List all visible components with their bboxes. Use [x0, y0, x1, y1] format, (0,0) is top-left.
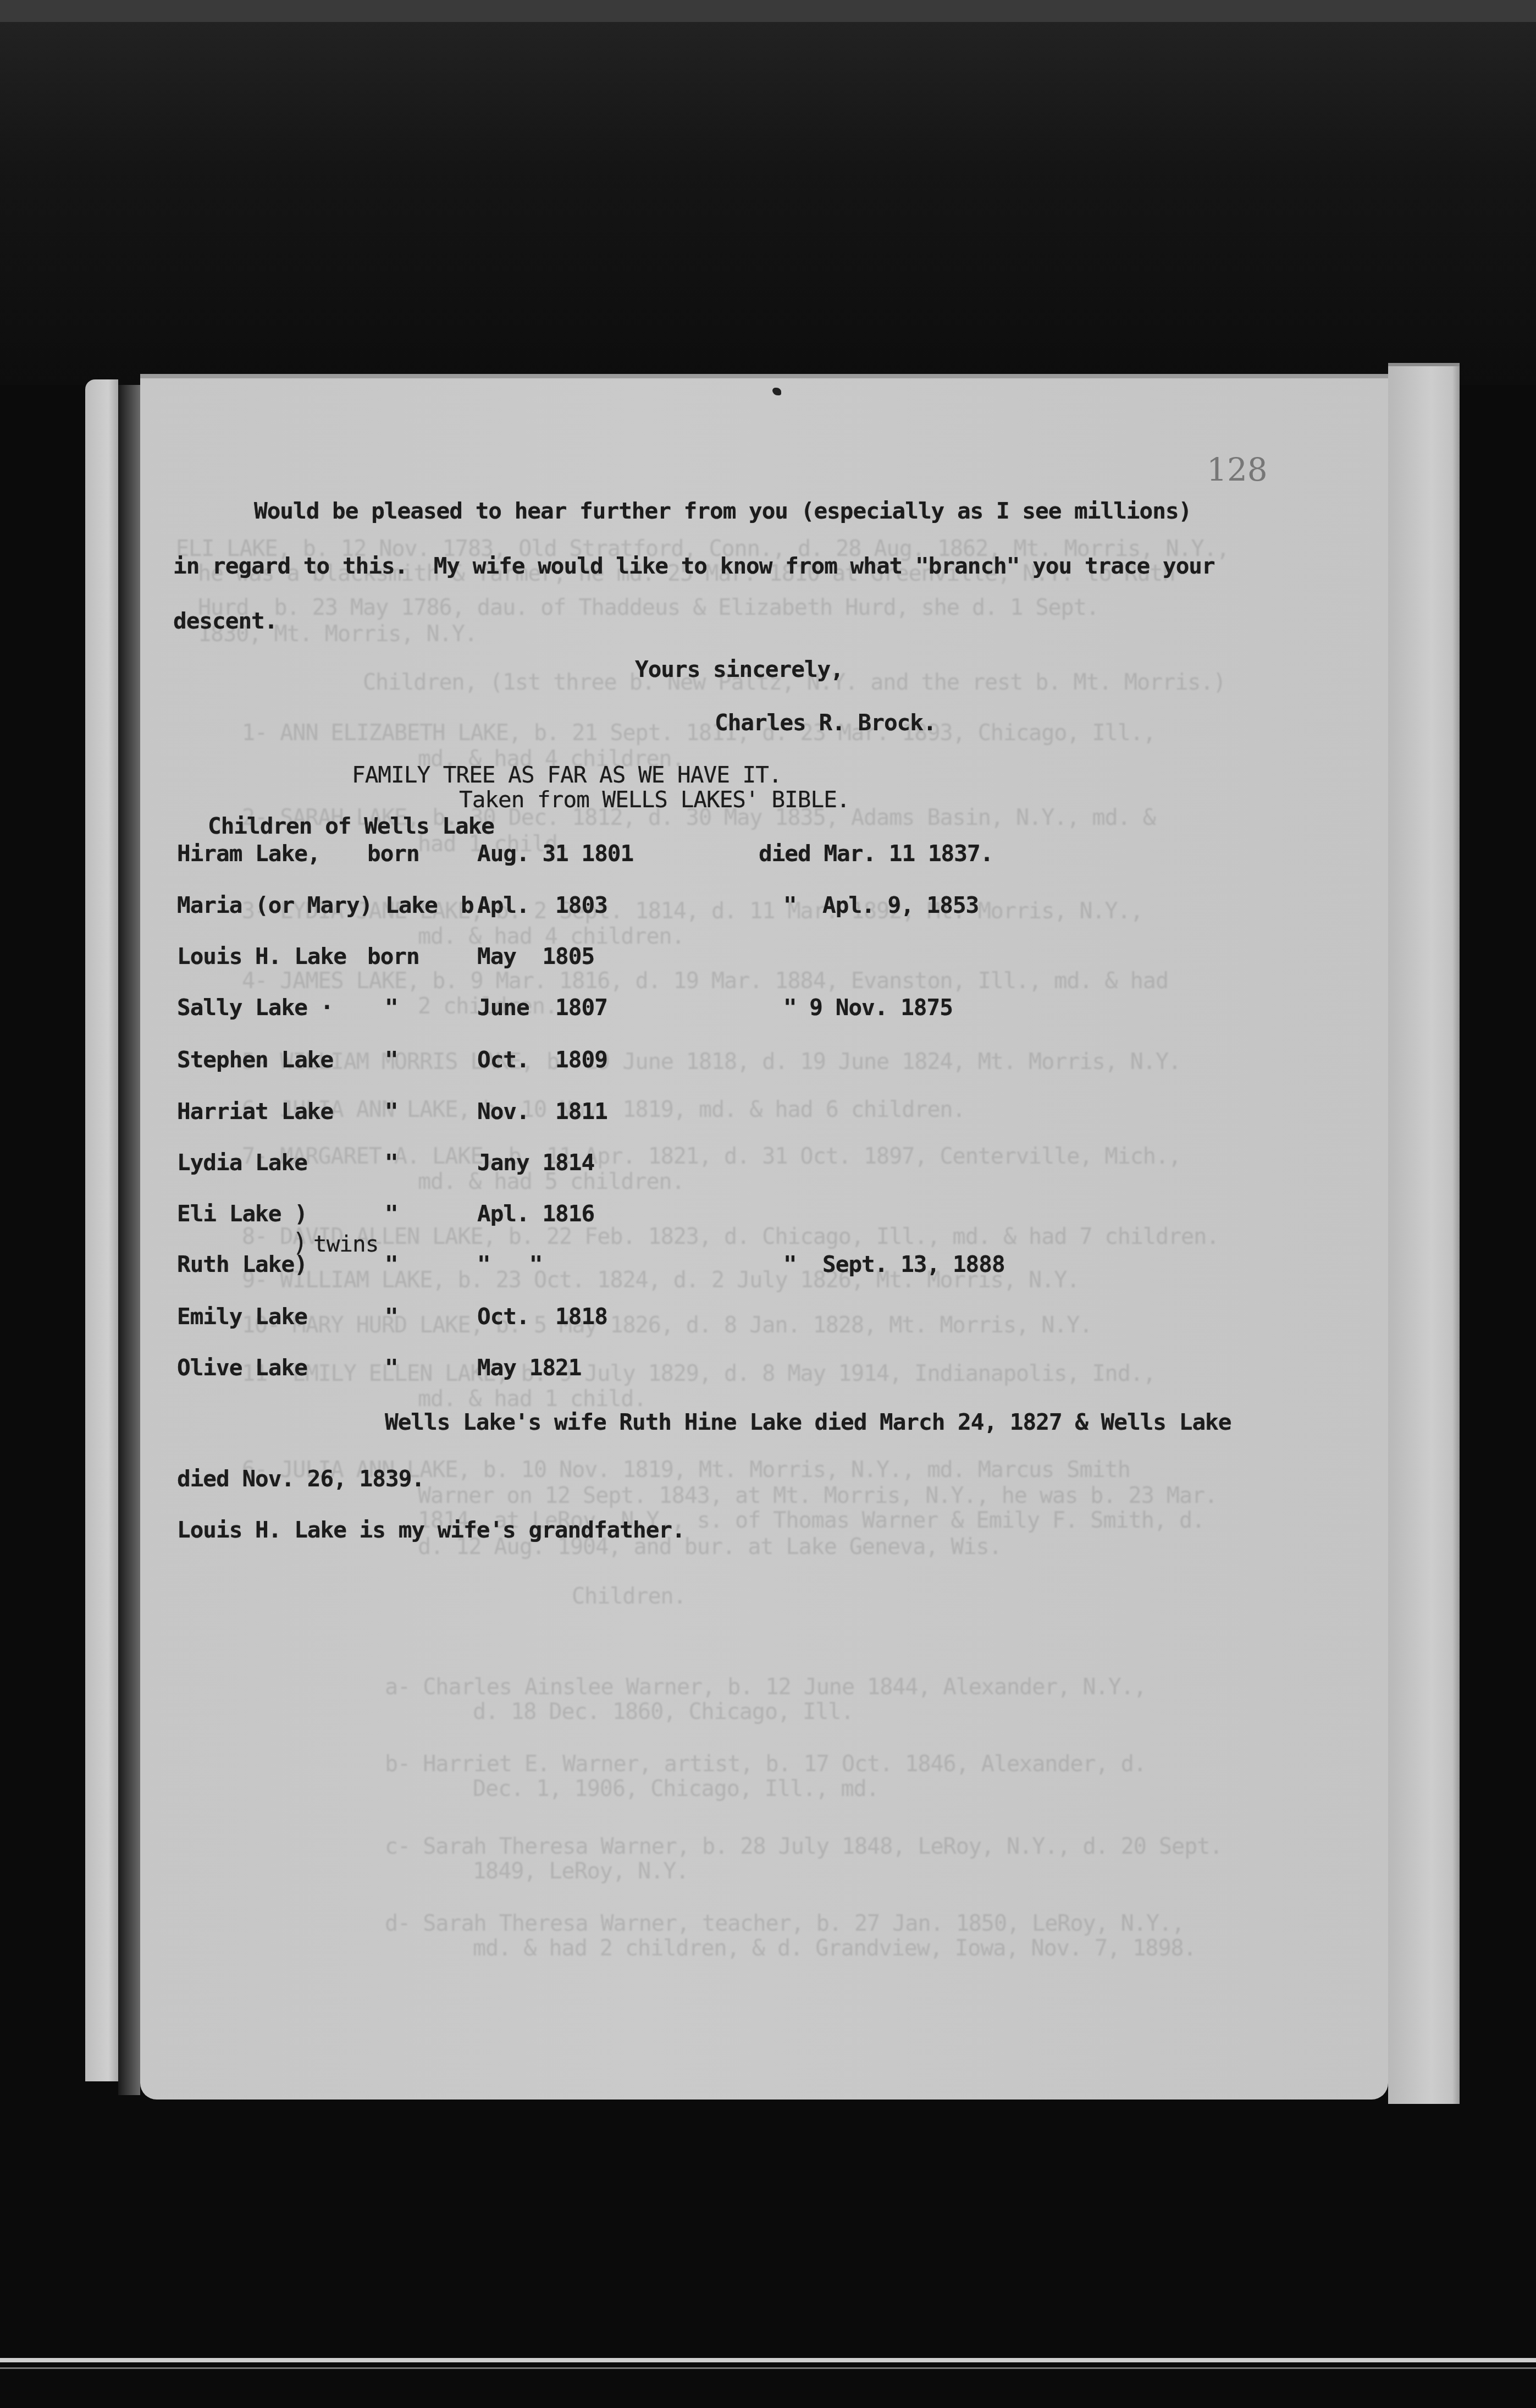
child-name: Louis H. Lake	[177, 943, 346, 969]
bleed-through-line: 11- EMILY ELLEN LAKE, b. 9 July 1829, d.…	[242, 1361, 1156, 1386]
child-born-date: Jany 1814	[477, 1149, 594, 1176]
child-born-label: "	[385, 1303, 398, 1330]
note-line-2: died Nov. 26, 1839.	[177, 1465, 424, 1492]
bleed-through-line: c- Sarah Theresa Warner, b. 28 July 1848…	[385, 1834, 1222, 1859]
bleed-through-line: b- Harriet E. Warner, artist, b. 17 Oct.…	[385, 1751, 1146, 1777]
child-name: Eli Lake )	[177, 1200, 307, 1227]
child-name: Maria (or Mary) Lake	[177, 892, 438, 918]
page-stack-edge	[1388, 363, 1460, 2104]
note-line-1: Wells Lake's wife Ruth Hine Lake died Ma…	[385, 1409, 1231, 1435]
facing-page-edge	[85, 379, 118, 2081]
child-born-label: "	[385, 994, 398, 1021]
note-line-3: Louis H. Lake is my wife's grandfather.	[177, 1517, 685, 1543]
child-died: " Sept. 13, 1888	[783, 1251, 1005, 1277]
child-name: Ruth Lake)	[177, 1251, 307, 1277]
child-born-date: May 1821	[477, 1354, 581, 1381]
film-top-border	[0, 0, 1536, 22]
letter-line-2: in regard to this. My wife would like to…	[173, 553, 1215, 579]
child-born-label: "	[385, 1046, 398, 1073]
bleed-through-line: 5- WILLIAM MORRIS LAKE, b. 19 June 1818,…	[242, 1049, 1181, 1074]
bleed-through-line: 1- ANN ELIZABETH LAKE, b. 21 Sept. 1811,…	[242, 720, 1156, 746]
bleed-through-line: 4- JAMES LAKE, b. 9 Mar. 1816, d. 19 Mar…	[242, 968, 1168, 994]
film-bottom-border	[0, 2358, 1536, 2362]
bleed-through-line: 8- DAVID ALLEN LAKE, b. 22 Feb. 1823, d.…	[242, 1224, 1219, 1249]
bleed-through-line: md. & had 2 children, & d. Grandview, Io…	[473, 1936, 1196, 1961]
child-born-date: Apl. 1816	[477, 1200, 594, 1227]
child-born-label: born	[367, 840, 419, 867]
child-born-label: "	[385, 1354, 398, 1381]
child-born-date: Aug. 31 1801	[477, 840, 633, 867]
twins-label: twins	[313, 1231, 378, 1257]
family-tree-heading: FAMILY TREE AS FAR AS WE HAVE IT.	[352, 762, 782, 788]
bleed-through-line: 7- MARGARET A. LAKE, b. 11 Apr. 1821, d.…	[242, 1144, 1181, 1169]
bleed-through-line: Warner on 12 Sept. 1843, at Mt. Morris, …	[418, 1483, 1217, 1508]
child-born-date: Oct. 1809	[477, 1046, 607, 1073]
letter-line-3: descent.	[173, 608, 277, 634]
child-name: Lydia Lake	[177, 1149, 307, 1176]
bleed-through-line: Hurd, b. 23 May 1786, dau. of Thaddeus &…	[198, 595, 1099, 620]
child-born-date: Oct. 1818	[477, 1303, 607, 1330]
bleed-through-line: Dec. 1, 1906, Chicago, Ill., md.	[473, 1776, 879, 1801]
bleed-through-line: d- Sarah Theresa Warner, teacher, b. 27 …	[385, 1911, 1184, 1936]
bleed-through-line: 10- MARY HURD LAKE, b. 5 May 1826, d. 8 …	[242, 1313, 1092, 1338]
book-gutter	[118, 385, 140, 2095]
child-name: Olive Lake	[177, 1354, 307, 1381]
child-died: " 9 Nov. 1875	[783, 994, 953, 1021]
child-born-date: Nov. 1811	[477, 1098, 607, 1125]
child-born-date: May 1805	[477, 943, 594, 969]
child-born-label: "	[385, 1098, 398, 1125]
bleed-through-line: 1849, LeRoy, N.Y.	[473, 1859, 688, 1884]
child-born-label: "	[385, 1200, 398, 1227]
page-number: 128	[1207, 451, 1268, 488]
children-list-title: Children of Wells Lake	[208, 813, 494, 839]
film-background	[0, 22, 1536, 385]
film-bottom-border-inner	[0, 2367, 1536, 2369]
child-name: Stephen Lake	[177, 1046, 333, 1073]
child-born-date: Apl. 1803	[477, 892, 607, 918]
twins-bracket: )	[292, 1227, 307, 1257]
child-name: Hiram Lake,	[177, 840, 321, 867]
child-born-date: " "	[477, 1251, 542, 1277]
bleed-through-line: md. & had 1 child.	[418, 1386, 646, 1412]
bleed-through-line: a- Charles Ainslee Warner, b. 12 June 18…	[385, 1674, 1146, 1700]
child-born-label: "	[385, 1149, 398, 1176]
bleed-through-line: d. 18 Dec. 1860, Chicago, Ill.	[473, 1699, 853, 1724]
child-name: Sally Lake ·	[177, 994, 333, 1021]
child-died: " Apl. 9, 1853	[783, 892, 979, 918]
child-born-date: June 1807	[477, 994, 607, 1021]
child-born-label: born	[367, 943, 419, 969]
letter-closing: Yours sincerely,	[635, 656, 843, 682]
child-died: died Mar. 11 1837.	[759, 840, 993, 867]
letter-signature: Charles R. Brock.	[715, 709, 936, 736]
child-born-label: "	[385, 1251, 398, 1277]
child-name: Harriat Lake	[177, 1098, 333, 1125]
child-name: Emily Lake	[177, 1303, 307, 1330]
letter-line-1: Would be pleased to hear further from yo…	[254, 498, 1191, 524]
bleed-through-line: Children.	[572, 1584, 686, 1609]
family-tree-subheading: Taken from WELLS LAKES' BIBLE.	[459, 786, 850, 813]
